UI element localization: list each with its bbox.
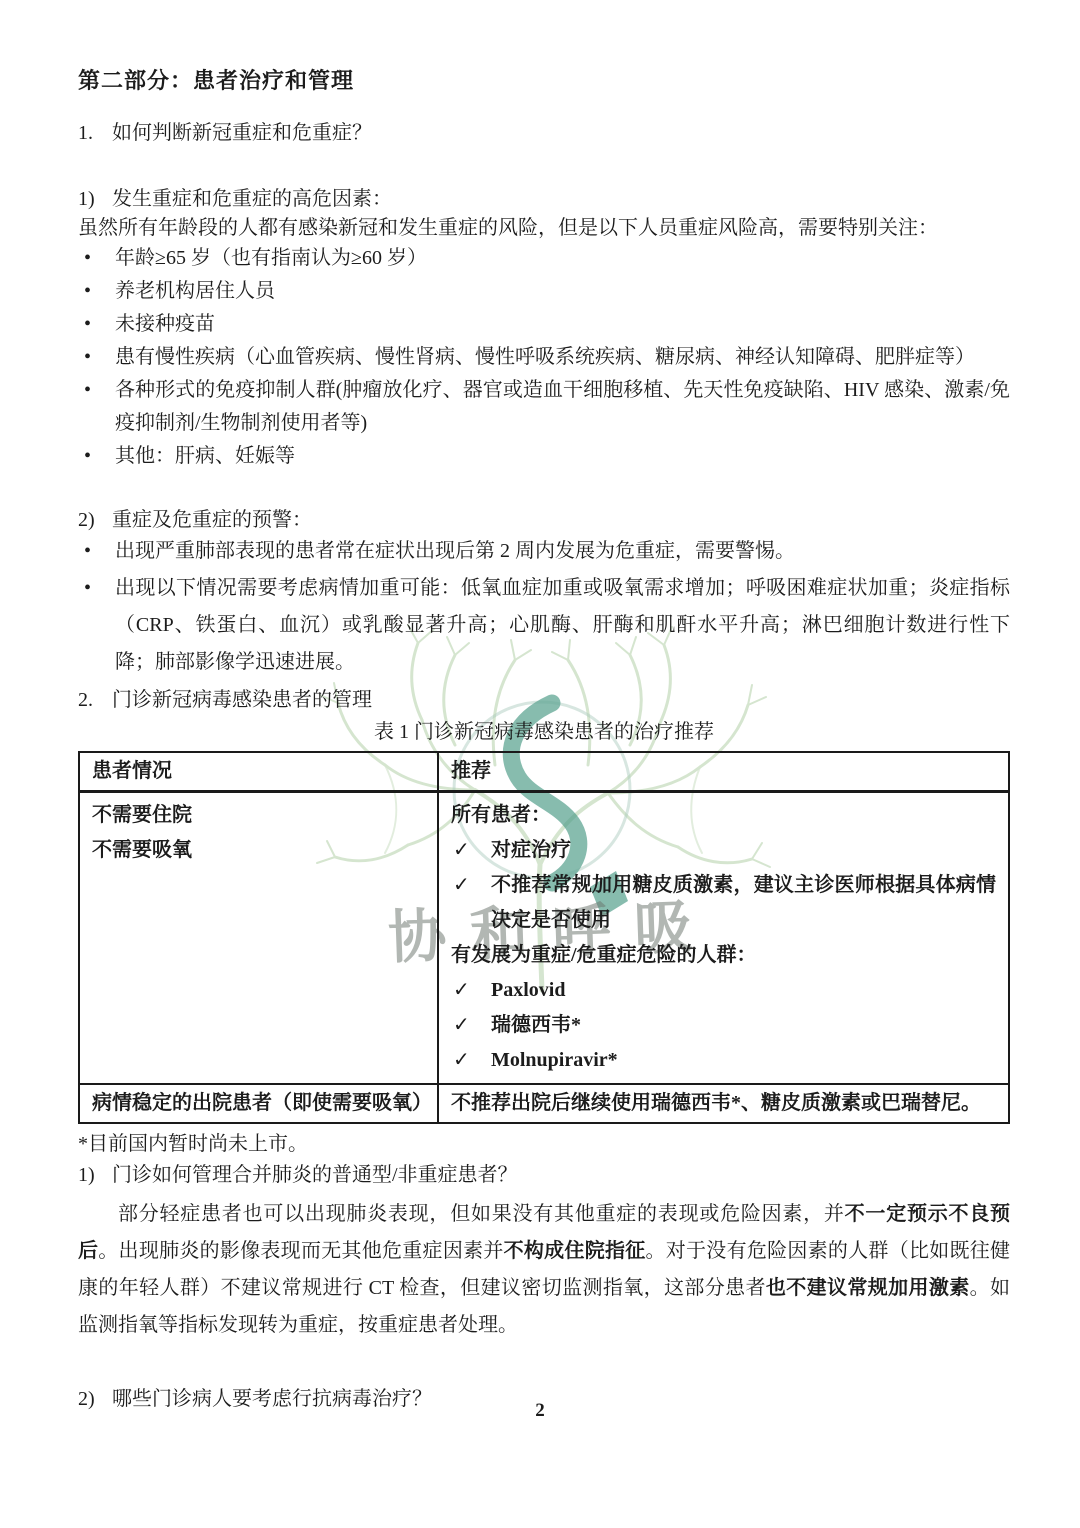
item-text: 门诊新冠病毒感染患者的管理 (112, 687, 1010, 713)
item-number: 1) (78, 186, 112, 212)
table-row: 病情稳定的出院患者（即使需要吸氧） 不推荐出院后继续使用瑞德西韦*、糖皮质激素或… (79, 1084, 1009, 1123)
bullet-icon: • (78, 242, 115, 275)
item-number: 1) (78, 1162, 112, 1188)
section-title: 第二部分：患者治疗和管理 (78, 66, 1010, 96)
cell-recommendation-1: 所有患者： ✓ 对症治疗 ✓ 不推荐常规加用糖皮质激素，建议主诊医师根据具体病情… (438, 792, 1009, 1085)
check-item: ✓ 对症治疗 (451, 833, 996, 868)
document-page: 协和呼吸 第二部分：患者治疗和管理 1. 如何判断新冠重症和危重症？ 1) 发生… (0, 0, 1080, 1528)
list-item-text: 未接种疫苗 (115, 308, 1010, 341)
bullet-icon: • (78, 570, 115, 681)
item-text: 重症及危重症的预警： (112, 507, 1010, 533)
list-item: • 未接种疫苗 (78, 308, 1010, 341)
list-item: • 其他：肝病、妊娠等 (78, 440, 1010, 473)
page-content: 第二部分：患者治疗和管理 1. 如何判断新冠重症和危重症？ 1) 发生重症和危重… (0, 0, 1080, 1528)
list-item-text: 各种形式的免疫抑制人群(肿瘤放化疗、器官或造血干细胞移植、先天性免疫缺陷、HIV… (115, 374, 1010, 440)
cell-patient-status-1: 不需要住院 不需要吸氧 (79, 792, 438, 1085)
item-text: 发生重症和危重症的高危因素： (112, 186, 1010, 212)
question-1: 1. 如何判断新冠重症和危重症？ (78, 120, 1010, 146)
list-item-text: 患有慢性疾病（心血管疾病、慢性肾病、慢性呼吸系统疾病、糖尿病、神经认知障碍、肥胖… (115, 341, 1010, 374)
bullet-icon: • (78, 440, 115, 473)
risk-factor-list: • 年龄≥65 岁（也有指南认为≥60 岁） • 养老机构居住人员 • 未接种疫… (78, 242, 1010, 473)
subsection-1-heading: 1) 发生重症和危重症的高危因素： (78, 186, 1010, 212)
cell-text: 不需要吸氧 (92, 833, 425, 868)
list-item: • 出现严重肺部表现的患者常在症状出现后第 2 周内发展为危重症，需要警惕。 (78, 533, 1010, 570)
item-number: 2) (78, 507, 112, 533)
subsection-3-heading: 1) 门诊如何管理合并肺炎的普通型/非重症患者？ (78, 1162, 1010, 1188)
check-item: ✓ Molnupiravir* (451, 1043, 996, 1078)
list-item: • 出现以下情况需要考虑病情加重可能：低氧血症加重或吸氧需求增加；呼吸困难症状加… (78, 570, 1010, 681)
list-item-text: 出现以下情况需要考虑病情加重可能：低氧血症加重或吸氧需求增加；呼吸困难症状加重；… (115, 570, 1010, 681)
table-caption: 表 1 门诊新冠病毒感染患者的治疗推荐 (78, 719, 1010, 745)
cell-text: 有发展为重症/危重症危险的人群： (451, 938, 996, 973)
check-item-text: Paxlovid (491, 973, 996, 1008)
cell-patient-status-2: 病情稳定的出院患者（即使需要吸氧） (79, 1084, 438, 1123)
bullet-icon: • (78, 308, 115, 341)
page-number: 2 (0, 1400, 1080, 1422)
bullet-icon: • (78, 374, 115, 440)
check-item-text: 不推荐常规加用糖皮质激素，建议主诊医师根据具体病情决定是否使用 (491, 868, 996, 938)
cell-text: 所有患者： (451, 798, 996, 833)
bullet-icon: • (78, 341, 115, 374)
check-item-text: 瑞德西韦* (491, 1008, 996, 1043)
table-row: 不需要住院 不需要吸氧 所有患者： ✓ 对症治疗 ✓ 不推荐常规加用糖皮质激素，… (79, 792, 1009, 1085)
check-icon: ✓ (451, 1008, 491, 1043)
list-item: • 患有慢性疾病（心血管疾病、慢性肾病、慢性呼吸系统疾病、糖尿病、神经认知障碍、… (78, 341, 1010, 374)
check-icon: ✓ (451, 868, 491, 938)
list-item-text: 其他：肝病、妊娠等 (115, 440, 1010, 473)
check-item: ✓ 不推荐常规加用糖皮质激素，建议主诊医师根据具体病情决定是否使用 (451, 868, 996, 938)
cell-text: 不需要住院 (92, 798, 425, 833)
list-item-text: 养老机构居住人员 (115, 275, 1010, 308)
subsection-2-heading: 2) 重症及危重症的预警： (78, 507, 1010, 533)
check-icon: ✓ (451, 833, 491, 868)
item-number: 1. (78, 120, 112, 146)
check-item: ✓ Paxlovid (451, 973, 996, 1008)
col-header-patient-status: 患者情况 (79, 752, 438, 792)
treatment-recommendation-table: 患者情况 推荐 不需要住院 不需要吸氧 所有患者： ✓ 对症治疗 ✓ 不推荐常规 (78, 751, 1010, 1124)
list-item-text: 年龄≥65 岁（也有指南认为≥60 岁） (115, 242, 1010, 275)
check-item-text: Molnupiravir* (491, 1043, 996, 1078)
item-number: 2. (78, 687, 112, 713)
check-icon: ✓ (451, 1043, 491, 1078)
question-2: 2. 门诊新冠病毒感染患者的管理 (78, 687, 1010, 713)
cell-recommendation-2: 不推荐出院后继续使用瑞德西韦*、糖皮质激素或巴瑞替尼。 (438, 1084, 1009, 1123)
list-item: • 各种形式的免疫抑制人群(肿瘤放化疗、器官或造血干细胞移植、先天性免疫缺陷、H… (78, 374, 1010, 440)
check-item: ✓ 瑞德西韦* (451, 1008, 996, 1043)
table-header-row: 患者情况 推荐 (79, 752, 1009, 792)
bullet-icon: • (78, 533, 115, 570)
list-item-text: 出现严重肺部表现的患者常在症状出现后第 2 周内发展为危重症，需要警惕。 (115, 533, 1010, 570)
item-text: 如何判断新冠重症和危重症？ (112, 120, 1010, 146)
item-text: 门诊如何管理合并肺炎的普通型/非重症患者？ (112, 1162, 1010, 1188)
col-header-recommendation: 推荐 (438, 752, 1009, 792)
bullet-icon: • (78, 275, 115, 308)
management-paragraph: 部分轻症患者也可以出现肺炎表现，但如果没有其他重症的表现或危险因素，并不一定预示… (78, 1196, 1010, 1344)
check-item-text: 对症治疗 (491, 833, 996, 868)
check-icon: ✓ (451, 973, 491, 1008)
subsection-1-intro: 虽然所有年龄段的人都有感染新冠和发生重症的风险，但是以下人员重症风险高，需要特别… (78, 214, 1010, 242)
list-item: • 年龄≥65 岁（也有指南认为≥60 岁） (78, 242, 1010, 275)
warning-list: • 出现严重肺部表现的患者常在症状出现后第 2 周内发展为危重症，需要警惕。 •… (78, 533, 1010, 681)
list-item: • 养老机构居住人员 (78, 275, 1010, 308)
table-footnote: *目前国内暂时尚未上市。 (78, 1131, 1010, 1157)
